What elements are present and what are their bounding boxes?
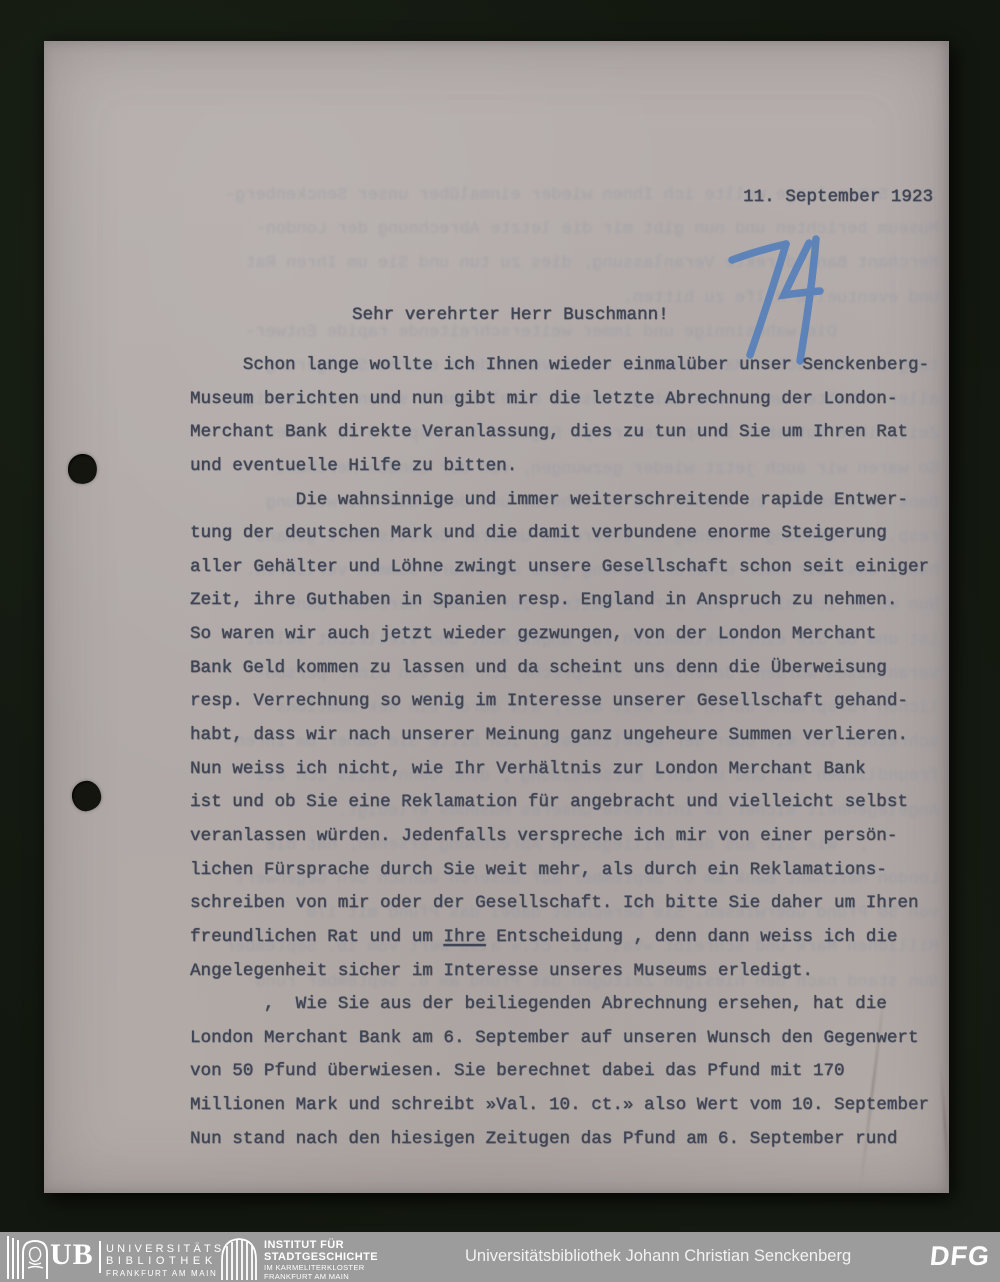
ub-wordmark-line: FRANKFURT AM MAIN (106, 1268, 224, 1280)
letter-line: Nun stand nach den hiesigen Zeitugen das… (190, 1123, 929, 1157)
letter-line: , Wie Sie aus der beiliegenden Abrechnun… (190, 988, 929, 1022)
library-name: Universitätsbibliothek Johann Christian … (465, 1247, 851, 1266)
letter-line: So waren wir auch jetzt wieder gezwungen… (190, 618, 929, 652)
letter-line: Die wahnsinnige und immer weiterschreite… (190, 484, 929, 518)
letter-line: habt, dass wir nach unserer Meinung ganz… (190, 719, 929, 753)
dfg-logo: DFG (928, 1241, 991, 1272)
ub-wordmark-line: BIBLIOTHEK (106, 1255, 224, 1267)
page-number-annotation (720, 229, 840, 369)
letter-line: Schon lange wollte ich Ihnen wieder einm… (190, 349, 929, 383)
ub-wordmark-line: UNIVERSITÄTS (106, 1243, 224, 1255)
letter-line: freundlichen Rat und um Ihre Entscheidun… (190, 921, 929, 955)
goethe-portrait-icon (6, 1235, 54, 1279)
karmeliterkloster-arch-icon (219, 1236, 259, 1280)
ub-wordmark: UNIVERSITÄTS BIBLIOTHEK FRANKFURT AM MAI… (106, 1243, 224, 1280)
letter-line: Angelegenheit sicher im Interesse unsere… (190, 955, 929, 989)
institute-wordmark-line: FRANKFURT AM MAIN (264, 1272, 378, 1281)
divider (99, 1241, 101, 1273)
ub-monogram: UB (50, 1238, 94, 1272)
letter-line: veranlassen würden. Jedenfalls versprech… (190, 820, 929, 854)
letter-paper: Schon lange wollte ich Ihnen wieder einm… (44, 41, 949, 1193)
footer-bar: UB UNIVERSITÄTS BIBLIOTHEK FRANKFURT AM … (0, 1232, 1000, 1282)
letter-line: Millionen Mark und schreibt »Val. 10. ct… (190, 1089, 929, 1123)
letter-line: und eventuelle Hilfe zu bitten. (190, 450, 929, 484)
scanned-letter-page: Schon lange wollte ich Ihnen wieder einm… (0, 0, 1000, 1282)
underlined-word: Ihre (443, 927, 485, 947)
letter-date: 11. September 1923 (743, 187, 933, 207)
letter-line: Zeit, ihre Guthaben in Spanien resp. Eng… (190, 584, 929, 618)
letter-line: Bank Geld kommen zu lassen und da schein… (190, 652, 929, 686)
letter-line: von 50 Pfund überwiesen. Sie berechnet d… (190, 1055, 929, 1089)
letter-line: tung der deutschen Mark und die damit ve… (190, 517, 929, 551)
letter-line: aller Gehälter und Löhne zwingt unsere G… (190, 551, 929, 585)
letter-salutation: Sehr verehrter Herr Buschmann! (352, 305, 669, 325)
institute-wordmark-line: STADTGESCHICHTE (264, 1252, 378, 1264)
letter-line: Merchant Bank direkte Veranlassung, dies… (190, 416, 929, 450)
letter-line: Nun weiss ich nicht, wie Ihr Verhältnis … (190, 753, 929, 787)
institute-wordmark-line: INSTITUT FÜR (264, 1240, 378, 1252)
paper-crease (939, 1061, 950, 1191)
institute-wordmark: INSTITUT FÜR STADTGESCHICHTE IM KARMELIT… (264, 1240, 378, 1281)
letter-body: Schon lange wollte ich Ihnen wieder einm… (190, 349, 929, 1156)
institute-wordmark-line: IM KARMELITERKLOSTER (264, 1263, 378, 1272)
punch-hole (70, 779, 103, 813)
letter-line: ist und ob Sie eine Reklamation für ange… (190, 786, 929, 820)
letter-line: schreiben von mir oder der Gesellschaft.… (190, 887, 929, 921)
letter-line: resp. Verrechnung so wenig im Interesse … (190, 685, 929, 719)
letter-line: Museum berichten und nun gibt mir die le… (190, 383, 929, 417)
punch-hole (65, 451, 100, 486)
letter-line: London Merchant Bank am 6. September auf… (190, 1022, 929, 1056)
letter-line: lichen Fürsprache durch Sie weit mehr, a… (190, 854, 929, 888)
